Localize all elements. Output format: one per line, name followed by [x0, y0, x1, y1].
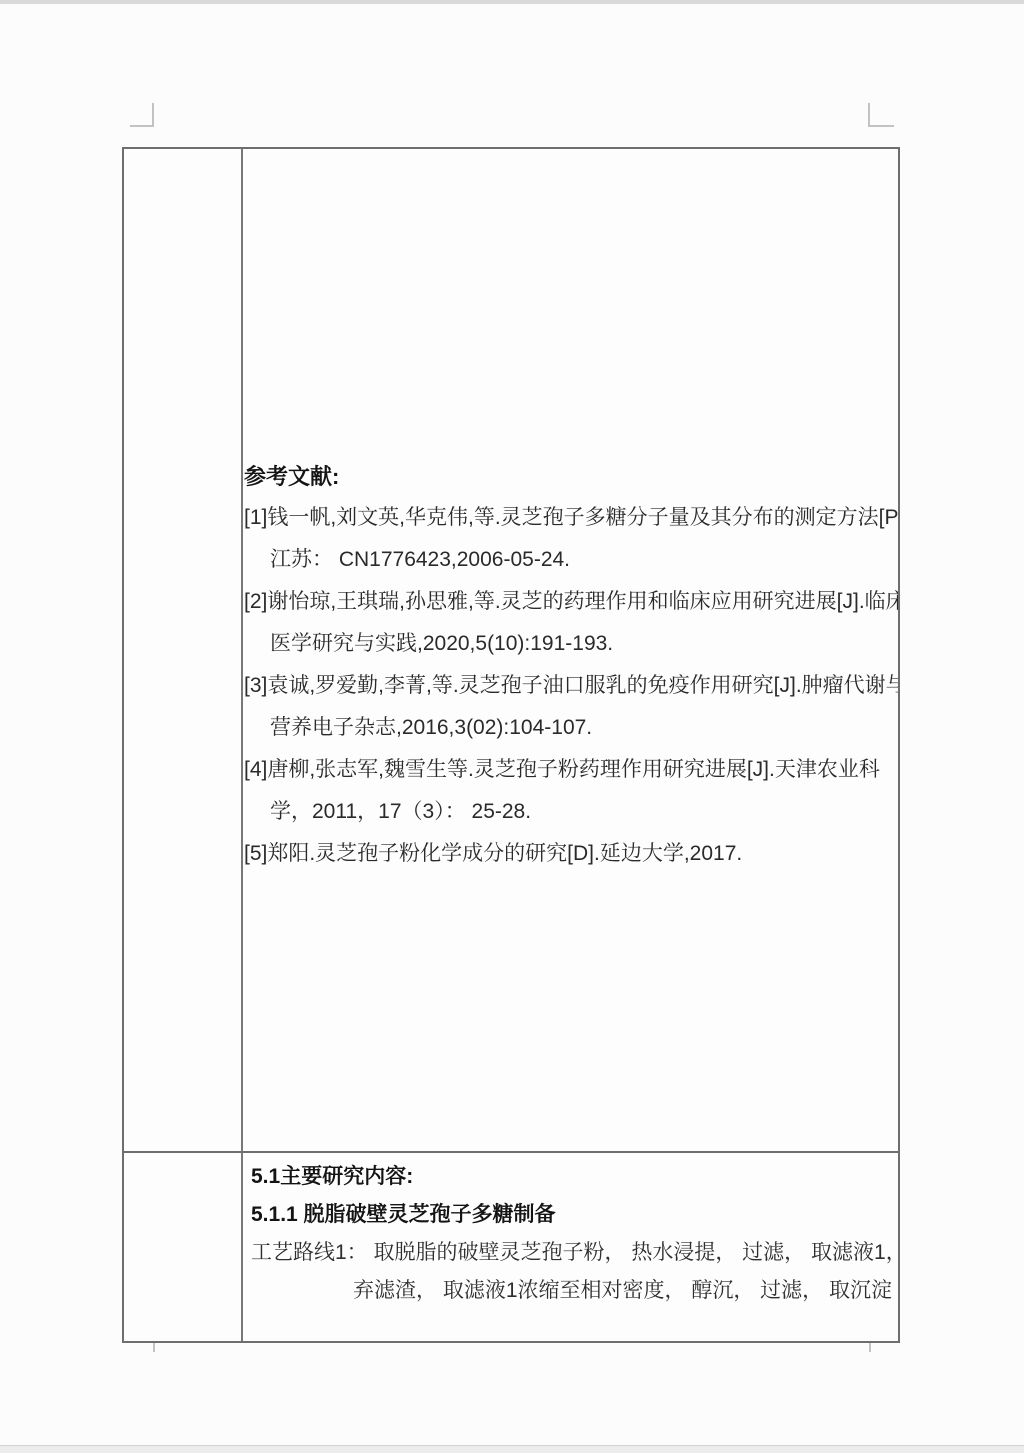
section-heading: 5.1主要研究内容: — [251, 1158, 898, 1196]
process-route-line-2: 弃滤渣， 取滤液1浓缩至相对密度， 醇沉， 过滤， 取沉淀 — [353, 1272, 898, 1310]
research-content-section: 5.1主要研究内容: 5.1.1 脱脂破壁灵芝孢子多糖制备 工艺路线1： 取脱脂… — [243, 1158, 898, 1310]
label-cell-empty-top — [124, 149, 243, 1151]
page-top-edge — [0, 0, 1024, 4]
reference-2-line-1: [2]谢怡琼,王琪瑞,孙思雅,等.灵芝的药理作用和临床应用研究进展[J].临床 — [244, 581, 898, 623]
scanned-document-page: { "references": { "heading": "参考文献:", "i… — [0, 0, 1024, 1453]
reference-3-line-1: [3]袁诚,罗爱勤,李菁,等.灵芝孢子油口服乳的免疫作用研究[J].肿瘤代谢与 — [244, 665, 898, 707]
references-cell: 参考文献: [1]钱一帆,刘文英,华克伟,等.灵芝孢子多糖分子量及其分布的测定方… — [243, 149, 898, 1151]
reference-4-line-1: [4]唐柳,张志军,魏雪生等.灵芝孢子粉药理作用研究进展[J].天津农业科 — [244, 749, 898, 791]
reference-1-line-1: [1]钱一帆,刘文英,华克伟,等.灵芝孢子多糖分子量及其分布的测定方法[P]. — [244, 497, 898, 539]
reference-2-line-2: 医学研究与实践,2020,5(10):191-193. — [270, 623, 898, 665]
page-bottom-edge — [0, 1445, 1024, 1453]
crop-mark-top-left-icon — [130, 103, 154, 127]
references-heading: 参考文献: — [244, 457, 898, 497]
reference-5-line-1: [5]郑阳.灵芝孢子粉化学成分的研究[D].延边大学,2017. — [244, 833, 898, 875]
process-route-line-1: 工艺路线1： 取脱脂的破壁灵芝孢子粉， 热水浸提， 过滤， 取滤液1， — [251, 1234, 898, 1272]
reference-3-line-2: 营养电子杂志,2016,3(02):104-107. — [270, 707, 898, 749]
research-content-cell: 5.1主要研究内容: 5.1.1 脱脂破壁灵芝孢子多糖制备 工艺路线1： 取脱脂… — [243, 1153, 898, 1341]
content-table: 参考文献: [1]钱一帆,刘文英,华克伟,等.灵芝孢子多糖分子量及其分布的测定方… — [122, 147, 900, 1343]
section-subheading: 5.1.1 脱脂破壁灵芝孢子多糖制备 — [251, 1196, 898, 1234]
reference-4-line-2: 学，2011，17（3）： 25-28. — [270, 791, 898, 833]
crop-mark-top-right-icon — [868, 103, 894, 127]
reference-1-line-2: 江苏： CN1776423,2006-05-24. — [270, 539, 898, 581]
references-row: 参考文献: [1]钱一帆,刘文英,华克伟,等.灵芝孢子多糖分子量及其分布的测定方… — [124, 149, 898, 1153]
research-content-row: 5.1主要研究内容: 5.1.1 脱脂破壁灵芝孢子多糖制备 工艺路线1： 取脱脂… — [124, 1153, 898, 1341]
label-cell-empty-bottom — [124, 1153, 243, 1341]
references-section: 参考文献: [1]钱一帆,刘文英,华克伟,等.灵芝孢子多糖分子量及其分布的测定方… — [243, 457, 898, 875]
